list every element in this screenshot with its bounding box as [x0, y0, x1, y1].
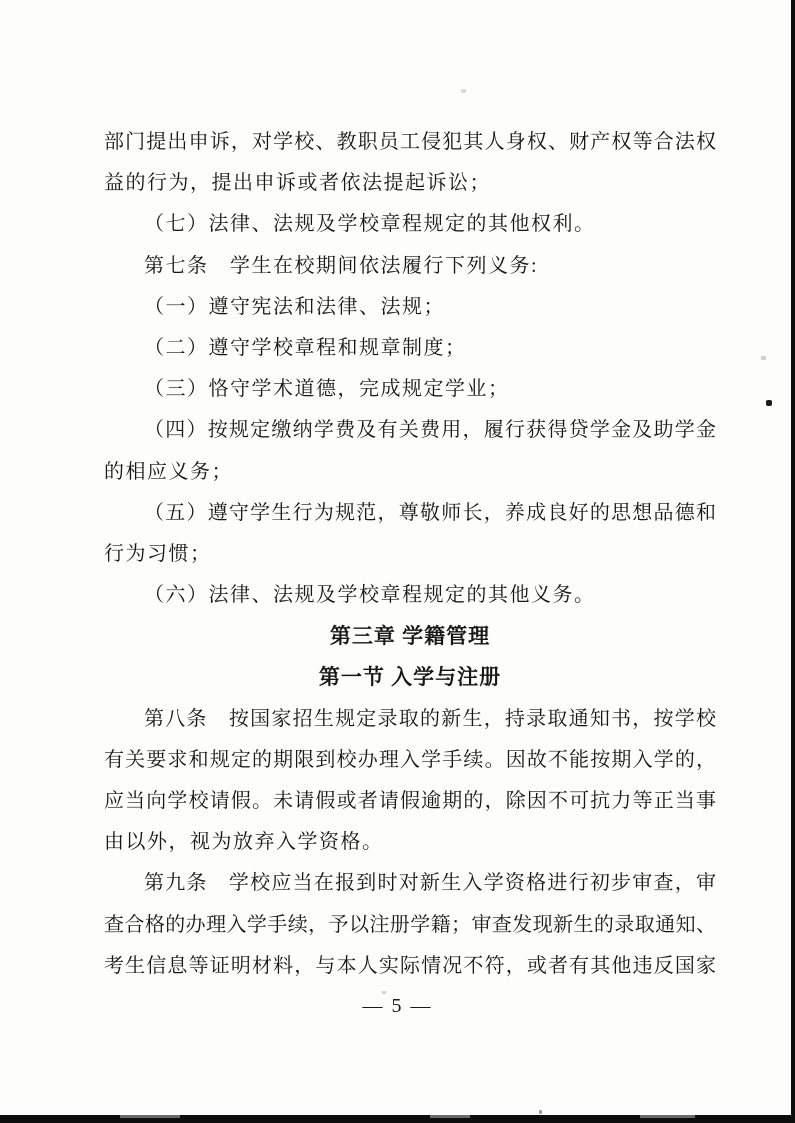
scan-edge-notch [640, 1115, 695, 1118]
scan-edge-bottom [0, 1115, 795, 1123]
list-item-line: （四）按规定缴纳学费及有关费用，履行获得贷学金及助学金 [104, 410, 716, 451]
scan-speck [761, 356, 766, 360]
scan-speck [461, 89, 466, 93]
scan-speck [382, 991, 386, 994]
body-line: 应当向学校请假。未请假或者请假逾期的，除因不可抗力等正当事 [104, 781, 716, 822]
body-line: 有关要求和规定的期限到校办理入学手续。因故不能按期入学的， [104, 740, 716, 781]
body-line: 部门提出申诉，对学校、教职员工侵犯其人身权、财产权等合法权 [104, 122, 716, 163]
scan-edge-notch [120, 1115, 180, 1118]
article-7-line: 第七条 学生在校期间依法履行下列义务: [104, 246, 716, 287]
body-line: 益的行为，提出申诉或者依法提起诉讼； [104, 163, 716, 204]
scan-speck [539, 1110, 542, 1114]
page-number: — 5 — [0, 990, 795, 1022]
section-heading: 第一节 入学与注册 [104, 657, 716, 698]
body-line: 的相应义务； [104, 452, 716, 493]
article-8-line: 第八条 按国家招生规定录取的新生，持录取通知书，按学校 [104, 699, 716, 740]
scan-edge-notch [430, 1115, 470, 1118]
chapter-heading: 第三章 学籍管理 [104, 616, 716, 657]
list-item-line: （二）遵守学校章程和规章制度； [104, 328, 716, 369]
document-body: 部门提出申诉，对学校、教职员工侵犯其人身权、财产权等合法权 益的行为，提出申诉或… [104, 122, 716, 987]
list-item-line: （七）法律、法规及学校章程规定的其他权利。 [104, 204, 716, 245]
article-9-line: 第九条 学校应当在报到时对新生入学资格进行初步审查，审 [104, 863, 716, 904]
body-line: 由以外，视为放弃入学资格。 [104, 822, 716, 863]
body-line: 查合格的办理入学手续，予以注册学籍；审查发现新生的录取通知、 [104, 905, 716, 946]
list-item-line: （一）遵守宪法和法律、法规； [104, 287, 716, 328]
list-item-line: （六）法律、法规及学校章程规定的其他义务。 [104, 575, 716, 616]
list-item-line: （三）恪守学术道德，完成规定学业； [104, 369, 716, 410]
scan-speck [766, 400, 772, 406]
list-item-line: （五）遵守学生行为规范，尊敬师长，养成良好的思想品德和 [104, 493, 716, 534]
scanned-document-page: 部门提出申诉，对学校、教职员工侵犯其人身权、财产权等合法权 益的行为，提出申诉或… [0, 0, 795, 1123]
body-line: 行为习惯； [104, 534, 716, 575]
scan-edge-right [791, 0, 795, 1123]
body-line: 考生信息等证明材料，与本人实际情况不符，或者有其他违反国家 [104, 946, 716, 987]
